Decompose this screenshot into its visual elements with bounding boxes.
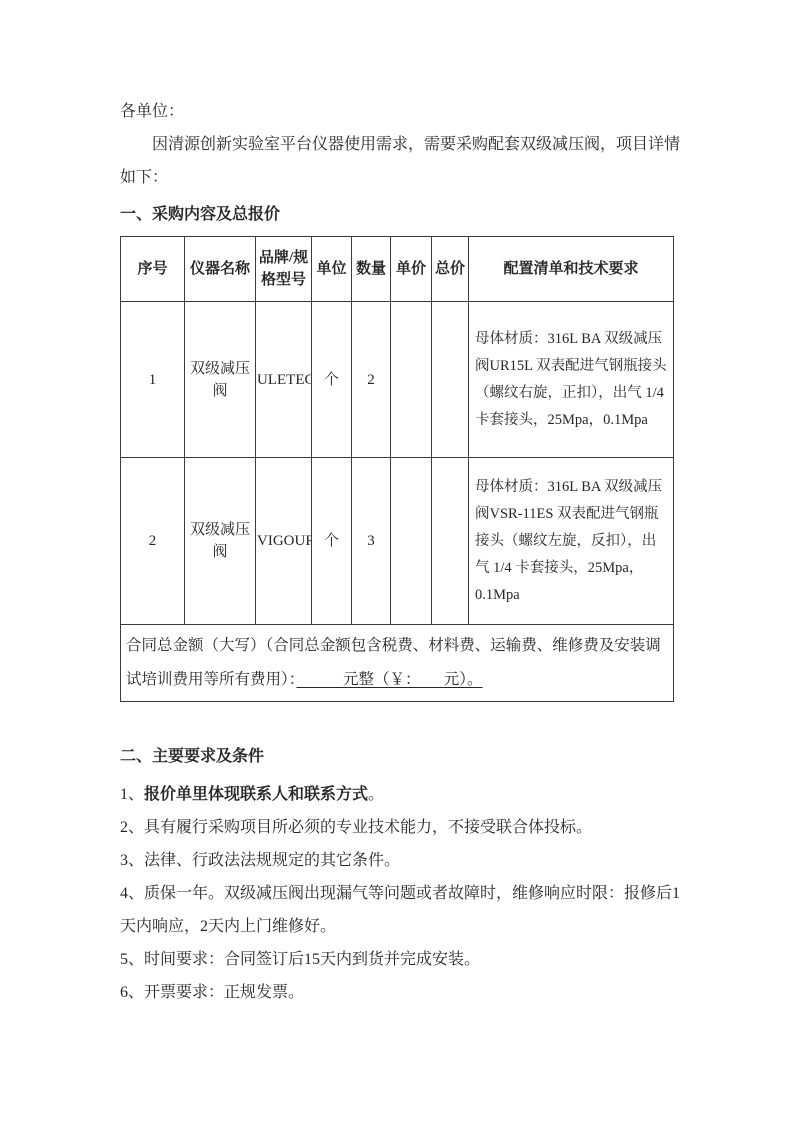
- col-header-brand-model: 品牌/规格型号: [256, 237, 312, 302]
- cell-total-price: [432, 302, 469, 458]
- requirement-text: 质保一年。双级减压阀出现漏气等问题或者故障时，维修响应时限：报修后1天内响应，2…: [120, 885, 680, 935]
- col-header-instrument-name: 仪器名称: [185, 237, 256, 302]
- contract-amount-cell: 合同总金额（大写）（合同总金额包含税费、材料费、运输费、维修费及安装调试培训费用…: [121, 625, 674, 702]
- requirement-number: 3、: [120, 852, 144, 869]
- requirement-text: 具有履行采购项目所必须的专业技术能力，不接受联合体投标。: [144, 819, 592, 836]
- section2-title: 二、主要要求及条件: [120, 742, 680, 772]
- contract-amount-blank: 元整（￥： 元）。: [297, 671, 483, 688]
- col-header-index: 序号: [121, 237, 185, 302]
- col-header-unit: 单位: [312, 237, 352, 302]
- requirement-number: 1、: [120, 786, 144, 803]
- document-page: 各单位： 因清源创新实验室平台仪器使用需求，需要采购配套双级减压阀，项目详情如下…: [0, 0, 793, 1122]
- requirement-item-4: 4、质保一年。双级减压阀出现漏气等问题或者故障时，维修响应时限：报修后1天内响应…: [120, 877, 683, 943]
- requirement-item-3: 3、法律、行政法法规规定的其它条件。: [120, 844, 683, 877]
- table-header-row: 序号 仪器名称 品牌/规格型号 单位 数量 单价 总价 配置清单和技术要求: [121, 237, 674, 302]
- table-row: 2 双级减压阀 VIGOUR 个 3 母体材质：316L BA 双级减压阀VSR…: [121, 458, 674, 625]
- table-row: 1 双级减压阀 ULETEC 个 2 母体材质：316L BA 双级减压阀UR1…: [121, 302, 674, 458]
- requirement-item-6: 6、开票要求：正规发票。: [120, 976, 683, 1009]
- requirement-item-2: 2、具有履行采购项目所必须的专业技术能力，不接受联合体投标。: [120, 811, 683, 844]
- cell-unit: 个: [312, 302, 352, 458]
- requirement-number: 6、: [120, 984, 144, 1001]
- contract-amount-row: 合同总金额（大写）（合同总金额包含税费、材料费、运输费、维修费及安装调试培训费用…: [121, 625, 674, 702]
- cell-spec-requirements: 母体材质：316L BA 双级减压阀VSR-11ES 双表配进气钢瓶接头（螺纹左…: [469, 458, 674, 625]
- col-header-total-price: 总价: [432, 237, 469, 302]
- intro-paragraph: 因清源创新实验室平台仪器使用需求，需要采购配套双级减压阀，项目详情如下：: [120, 128, 683, 194]
- cell-brand: ULETEC: [256, 302, 312, 458]
- section1-title: 一、采购内容及总报价: [120, 200, 680, 230]
- requirement-text: 报价单里体现联系人和联系方式: [144, 786, 368, 803]
- cell-spec-requirements: 母体材质：316L BA 双级减压阀UR15L 双表配进气钢瓶接头（螺纹右旋，正…: [469, 302, 674, 458]
- cell-unit-price: [391, 458, 432, 625]
- cell-index: 1: [121, 302, 185, 458]
- document-content: 各单位： 因清源创新实验室平台仪器使用需求，需要采购配套双级减压阀，项目详情如下…: [120, 96, 680, 1009]
- cell-quantity: 2: [352, 302, 391, 458]
- cell-instrument-name: 双级减压阀: [185, 458, 256, 625]
- procurement-table: 序号 仪器名称 品牌/规格型号 单位 数量 单价 总价 配置清单和技术要求 1 …: [120, 236, 674, 702]
- cell-brand: VIGOUR: [256, 458, 312, 625]
- cell-index: 2: [121, 458, 185, 625]
- requirement-item-1: 1、报价单里体现联系人和联系方式。: [120, 778, 683, 811]
- requirement-suffix: 。: [368, 786, 384, 803]
- requirement-number: 5、: [120, 951, 144, 968]
- cell-instrument-name: 双级减压阀: [185, 302, 256, 458]
- requirement-text: 时间要求：合同签订后15天内到货并完成安装。: [144, 951, 480, 968]
- col-header-unit-price: 单价: [391, 237, 432, 302]
- requirement-text: 开票要求：正规发票。: [144, 984, 304, 1001]
- cell-quantity: 3: [352, 458, 391, 625]
- requirement-text: 法律、行政法法规规定的其它条件。: [144, 852, 400, 869]
- salutation: 各单位：: [120, 96, 680, 128]
- col-header-quantity: 数量: [352, 237, 391, 302]
- requirement-item-5: 5、时间要求：合同签订后15天内到货并完成安装。: [120, 943, 683, 976]
- cell-total-price: [432, 458, 469, 625]
- cell-unit-price: [391, 302, 432, 458]
- requirement-number: 4、: [120, 885, 144, 902]
- col-header-spec-requirements: 配置清单和技术要求: [469, 237, 674, 302]
- cell-unit: 个: [312, 458, 352, 625]
- requirement-number: 2、: [120, 819, 144, 836]
